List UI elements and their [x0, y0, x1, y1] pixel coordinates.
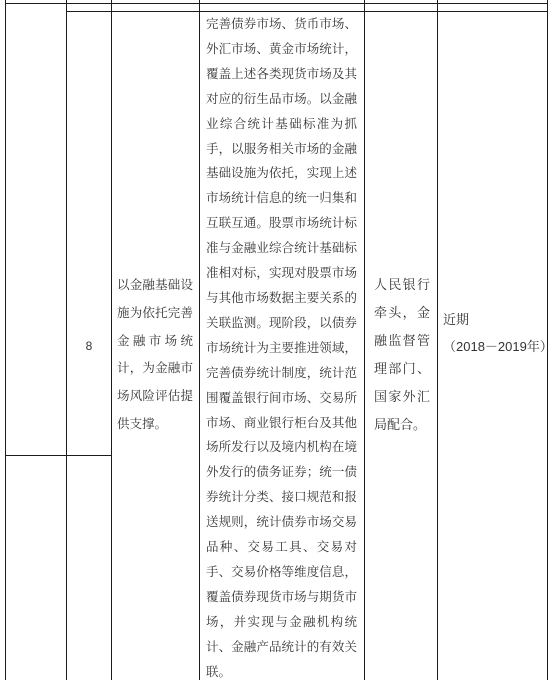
responsible-department-cell: 人民银行牵头，金融监督管理部门、国家外汇局配合。	[374, 271, 430, 439]
table-vertical-border-task-detail	[199, 0, 200, 680]
category-cell-upper	[6, 4, 65, 454]
document-table-page: 8 以金融基础设施为依托完善金融市场统计，为金融市场风险评估提供支撑。 完善债券…	[0, 0, 549, 680]
task-summary-cell: 以金融基础设施为依托完善金融市场统计，为金融市场风险评估提供支撑。	[117, 272, 193, 439]
table-vertical-border-dept-time	[437, 0, 438, 680]
table-vertical-border-detail-dept	[364, 0, 365, 680]
timeframe-cell: 近期（2018－2019年）	[443, 306, 543, 360]
row-number-cell: 8	[67, 337, 111, 355]
table-vertical-border-num-task	[111, 0, 112, 680]
task-detail-cell: 完善债券市场、货币市场、外汇市场、黄金市场统计，覆盖上述各类现货市场及其对应的衍…	[206, 12, 357, 680]
table-horizontal-border-top-outer	[5, 3, 548, 4]
category-cell-lower	[6, 456, 65, 680]
